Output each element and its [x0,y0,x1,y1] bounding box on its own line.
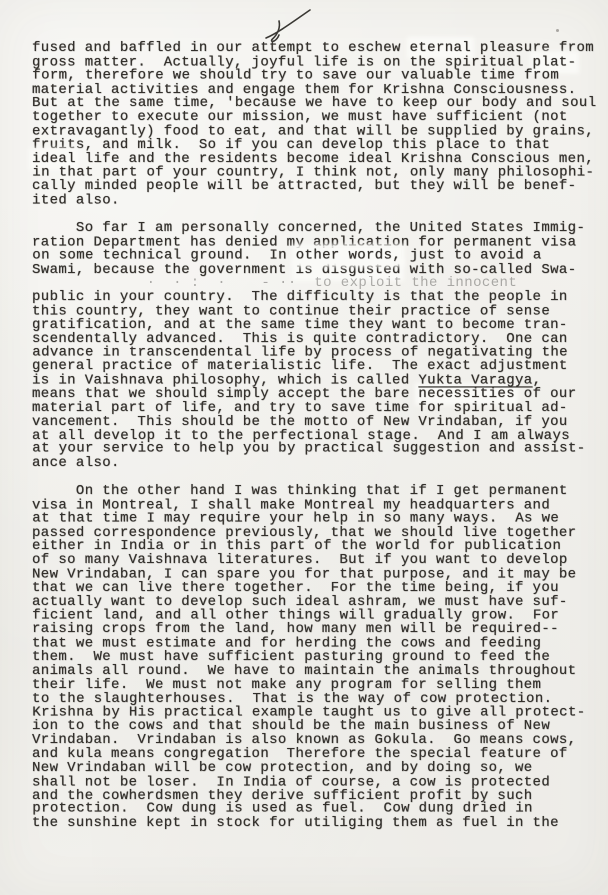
letter-line: in that part of your country, I think no… [32,166,600,180]
letter-line: the sunshine kept in stock for utiliging… [32,817,600,831]
letter-text: advance in transcendental life by proces… [32,344,568,360]
letter-text: the sunshine kept in stock for utiliging… [32,815,559,831]
letter-line: this country, they want to continue thei… [32,305,600,319]
letter-page: fused and baffled in our attempt to esch… [0,0,608,895]
letter-text: Krishna by His practical example taught … [32,704,585,720]
letter-line: protection. Cow dung is used as fuel. Co… [32,803,600,817]
letter-text: shall not be loser. In India of course, … [32,774,550,790]
letter-text: New Vrindaban, I can spare you for that … [32,566,576,582]
letter-text: that we must estimate and for herding th… [32,636,541,652]
letter-text: ficient land, and all other things will … [32,607,559,623]
letter-line: Krishna by His practical example taught … [32,706,600,720]
letter-text: in that part of your country, I think no… [32,164,594,180]
letter-text: at that time I may require your help in … [32,510,559,526]
letter-text-u: Yukta Varagya [418,373,532,389]
letter-text-corr: other words, [296,247,401,263]
letter-text: extravagantly) food to eat, and that wil… [32,123,594,139]
letter-text: is in Vaishnava philosophy, which is cal… [32,373,418,389]
letter-line: extravagantly) food to eat, and that wil… [32,125,600,139]
letter-body: fused and baffled in our attempt to esch… [32,42,600,831]
letter-line: ance also. [32,457,600,471]
letter-text: on some technical ground. In [32,247,295,263]
letter-text: ance also. [32,455,120,471]
letter-text: ited also. [32,193,120,209]
letter-text: at your service to help you by practical… [32,441,585,457]
letter-line: ficient land, and all other things will … [32,609,600,623]
letter-text-faded: · · : · - ·· to exploit the innocent [32,275,517,291]
paragraph-1: fused and baffled in our attempt to esch… [32,42,600,208]
letter-line: shall not be loser. In India of course, … [32,776,600,790]
letter-line: New Vrindaban, I can spare you for that … [32,568,600,582]
letter-text: just to avoid a [401,247,542,263]
letter-line: ited also. [32,195,600,209]
letter-text: protection. Cow dung is used as fuel. Co… [32,801,533,817]
letter-line: at your service to help you by practical… [32,443,600,457]
letter-line: on some technical ground. In other words… [32,249,600,263]
letter-text: form, therefore we should try to save ou… [32,67,559,83]
letter-line: · · : · - ·· to exploit the innocent [32,277,600,291]
letter-line: advance in transcendental life by proces… [32,346,600,360]
letter-line: is in Vaishnava philosophy, which is cal… [32,375,600,389]
letter-line: form, therefore we should try to save ou… [32,69,600,83]
paragraph-2: So far I am personally concerned, the Un… [32,222,600,471]
letter-line: that we must estimate and for herding th… [32,638,600,652]
letter-line: at that time I may require your help in … [32,512,600,526]
letter-text: this country, they want to continue thei… [32,303,550,319]
letter-text: , [533,373,542,389]
paragraph-3: On the other hand I was thinking that if… [32,485,600,831]
scan-speck [556,29,559,32]
